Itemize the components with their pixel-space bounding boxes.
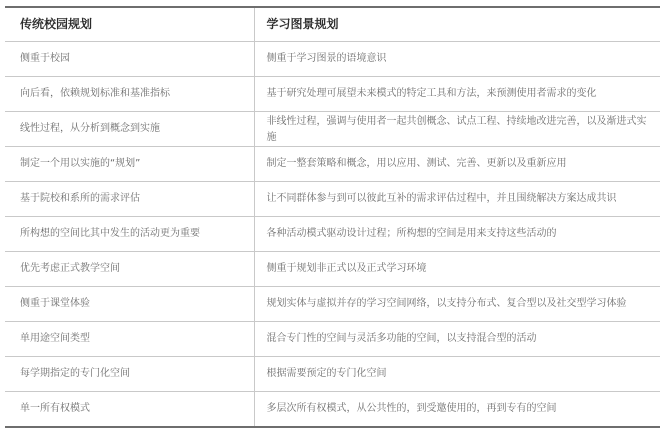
- landscape-cell: 侧重于学习图景的语境意识: [254, 42, 660, 77]
- traditional-cell: 每学期指定的专门化空间: [5, 357, 254, 392]
- table-row: 向后看，依赖规划标准和基准指标 基于研究处理可展望未来模式的特定工具和方法，来预…: [5, 77, 660, 112]
- traditional-cell: 基于院校和系所的需求评估: [5, 182, 254, 217]
- table-header-row: 传统校园规划 学习图景规划: [5, 7, 660, 42]
- table-row: 侧重于校园 侧重于学习图景的语境意识: [5, 42, 660, 77]
- landscape-cell: 让不同群体参与到可以彼此互补的需求评估过程中，并且围绕解决方案达成共识: [254, 182, 660, 217]
- landscape-cell: 规划实体与虚拟并存的学习空间网络，以支持分布式、复合型以及社交型学习体验: [254, 287, 660, 322]
- traditional-cell: 所构想的空间比其中发生的活动更为重要: [5, 217, 254, 252]
- traditional-cell: 向后看，依赖规划标准和基准指标: [5, 77, 254, 112]
- table-row: 线性过程，从分析到概念到实施 非线性过程，强调与使用者一起共创概念、试点工程、持…: [5, 112, 660, 147]
- traditional-cell: 单用途空间类型: [5, 322, 254, 357]
- landscape-cell: 根据需要预定的专门化空间: [254, 357, 660, 392]
- traditional-cell: 制定一个用以实施的“规划”: [5, 147, 254, 182]
- table-row: 优先考虑正式教学空间 侧重于规划非正式以及正式学习环境: [5, 252, 660, 287]
- comparison-table: 传统校园规划 学习图景规划 侧重于校园 侧重于学习图景的语境意识 向后看，依赖规…: [5, 6, 660, 428]
- landscape-cell: 各种活动模式驱动设计过程；所构想的空间是用来支持这些活动的: [254, 217, 660, 252]
- table-row: 单用途空间类型 混合专门性的空间与灵活多功能的空间，以支持混合型的活动: [5, 322, 660, 357]
- traditional-cell: 侧重于课堂体验: [5, 287, 254, 322]
- landscape-cell: 混合专门性的空间与灵活多功能的空间，以支持混合型的活动: [254, 322, 660, 357]
- table-row: 所构想的空间比其中发生的活动更为重要 各种活动模式驱动设计过程；所构想的空间是用…: [5, 217, 660, 252]
- traditional-cell: 侧重于校园: [5, 42, 254, 77]
- traditional-cell: 单一所有权模式: [5, 392, 254, 427]
- landscape-cell: 侧重于规划非正式以及正式学习环境: [254, 252, 660, 287]
- landscape-cell: 制定一整套策略和概念，用以应用、测试、完善、更新以及重新应用: [254, 147, 660, 182]
- table-row: 单一所有权模式 多层次所有权模式，从公共性的，到受邀使用的，再到专有的空间: [5, 392, 660, 427]
- table-row: 基于院校和系所的需求评估 让不同群体参与到可以彼此互补的需求评估过程中，并且围绕…: [5, 182, 660, 217]
- header-learning-landscape-planning: 学习图景规划: [254, 7, 660, 42]
- comparison-table-container: 传统校园规划 学习图景规划 侧重于校园 侧重于学习图景的语境意识 向后看，依赖规…: [5, 6, 660, 428]
- table-row: 侧重于课堂体验 规划实体与虚拟并存的学习空间网络，以支持分布式、复合型以及社交型…: [5, 287, 660, 322]
- header-traditional-campus-planning: 传统校园规划: [5, 7, 254, 42]
- table-row: 每学期指定的专门化空间 根据需要预定的专门化空间: [5, 357, 660, 392]
- landscape-cell: 多层次所有权模式，从公共性的，到受邀使用的，再到专有的空间: [254, 392, 660, 427]
- traditional-cell: 优先考虑正式教学空间: [5, 252, 254, 287]
- traditional-cell: 线性过程，从分析到概念到实施: [5, 112, 254, 147]
- landscape-cell: 非线性过程，强调与使用者一起共创概念、试点工程、持续地改进完善，以及渐进式实施: [254, 112, 660, 147]
- landscape-cell: 基于研究处理可展望未来模式的特定工具和方法，来预测使用者需求的变化: [254, 77, 660, 112]
- table-row: 制定一个用以实施的“规划” 制定一整套策略和概念，用以应用、测试、完善、更新以及…: [5, 147, 660, 182]
